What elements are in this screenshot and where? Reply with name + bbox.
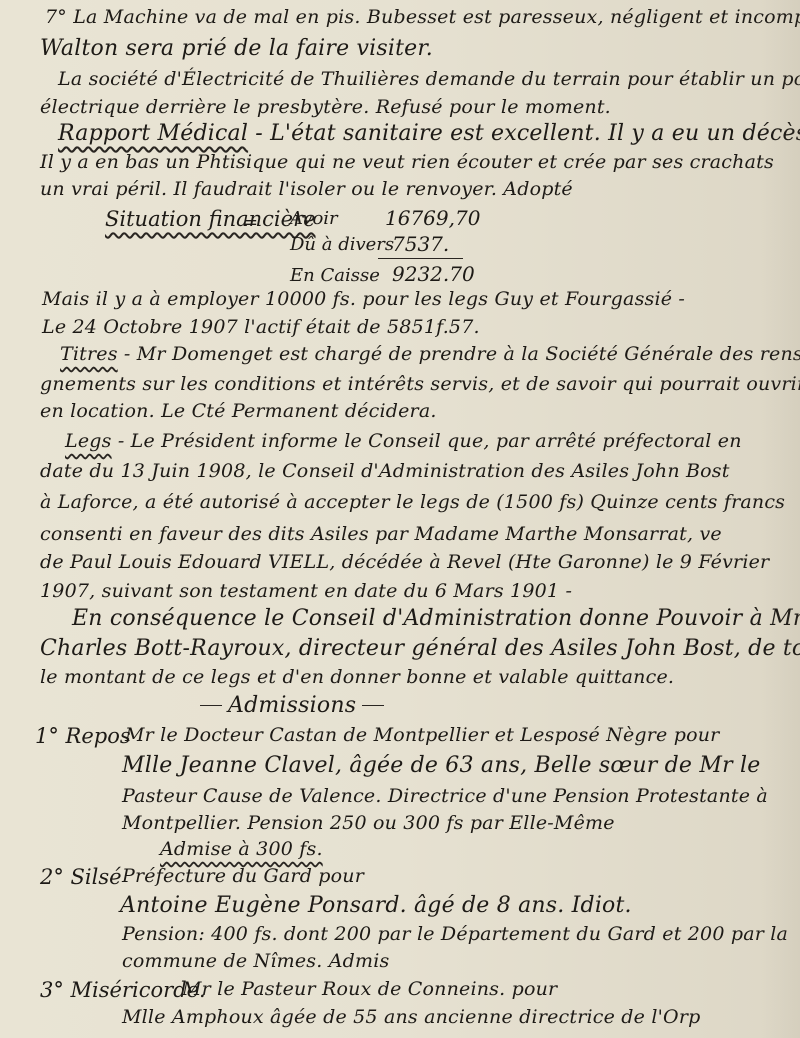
heading-deco-left bbox=[200, 705, 222, 706]
line-paul-louis: de Paul Louis Edouard VIELL, décédée à R… bbox=[40, 553, 769, 572]
line-montant: le montant de ce legs et d'en donner bon… bbox=[40, 668, 674, 687]
admission-line: Montpellier. Pension 250 ou 300 fs par E… bbox=[122, 814, 615, 833]
fin-label-du-divers: Dû à divers bbox=[290, 234, 394, 255]
line-rapport-medical: Rapport Médical - L'état sanitaire est e… bbox=[58, 123, 800, 145]
line-legs-president: Legs - Le Président informe le Conseil q… bbox=[65, 432, 742, 451]
titres-text: - Mr Domenget est chargé de prendre à la… bbox=[118, 343, 800, 365]
admission-margin-repos: 1° Repos bbox=[35, 724, 131, 748]
fin-value-avoir: 16769,70 bbox=[385, 206, 480, 230]
admissions-heading: Admissions bbox=[200, 695, 384, 717]
admissions-title: Admissions bbox=[228, 693, 356, 718]
line-legs-guy: Mais il y a à employer 10000 fs. pour le… bbox=[42, 290, 685, 309]
fin-value-du-divers: 7537. bbox=[392, 232, 449, 256]
heading-legs: Legs bbox=[65, 430, 112, 452]
line-laforce: à Laforce, a été autorisé à accepter le … bbox=[40, 493, 785, 512]
admission-line: Mr le Pasteur Roux de Conneins. pour bbox=[182, 980, 557, 999]
admission-line: Mr le Docteur Castan de Montpellier et L… bbox=[125, 726, 719, 745]
line-charles-bott: Charles Bott-Rayroux, directeur général … bbox=[40, 638, 800, 660]
line-consenti: consenti en faveur des dits Asiles par M… bbox=[40, 525, 722, 544]
line-actif-octobre: Le 24 Octobre 1907 l'actif était de 5851… bbox=[42, 318, 480, 337]
admission-line: Préfecture du Gard pour bbox=[122, 867, 364, 886]
admission-line: commune de Nîmes. Admis bbox=[122, 952, 389, 971]
sum-rule bbox=[378, 258, 463, 259]
financial-heading: Situation financière bbox=[105, 207, 316, 231]
fin-value-en-caisse: 9232.70 bbox=[392, 262, 475, 286]
line-location: en location. Le Cté Permanent décidera. bbox=[40, 402, 437, 421]
line-machine: 7° La Machine va de mal en pis. Bubesset… bbox=[45, 8, 800, 27]
line-peril: un vrai péril. Il faudrait l'isoler ou l… bbox=[40, 180, 573, 199]
legs-text: - Le Président informe le Conseil que, p… bbox=[112, 430, 742, 452]
admission-line: Antoine Eugène Ponsard. âgé de 8 ans. Id… bbox=[120, 895, 632, 917]
admission-line: Pasteur Cause de Valence. Directrice d'u… bbox=[122, 787, 768, 806]
heading-deco-right bbox=[362, 705, 384, 706]
admission-line: Pension: 400 fs. dont 200 par le Départe… bbox=[122, 925, 788, 944]
line-refuse: électrique derrière le presbytère. Refus… bbox=[40, 98, 611, 117]
admission-line: Mlle Jeanne Clavel, âgée de 63 ans, Bell… bbox=[122, 755, 760, 777]
admission-margin-silse: 2° Silsé bbox=[40, 865, 122, 889]
line-titres: Titres - Mr Domenget est chargé de prend… bbox=[60, 345, 800, 364]
heading-rapport-medical: Rapport Médical bbox=[58, 121, 248, 146]
fin-label-avoir: Avoir bbox=[290, 208, 338, 229]
rapport-medical-text: - L'état sanitaire est excellent. Il y a… bbox=[248, 121, 800, 146]
admission-margin-misericorde: 3° Miséricorde. bbox=[40, 978, 206, 1002]
manuscript-page: 7° La Machine va de mal en pis. Bubesset… bbox=[0, 0, 800, 1038]
heading-titres: Titres bbox=[60, 343, 118, 365]
fin-label-en-caisse: En Caisse bbox=[290, 265, 380, 286]
line-renseignements: gnements sur les conditions et intérêts … bbox=[40, 375, 800, 394]
line-societe-electricite: La société d'Électricité de Thuilières d… bbox=[58, 70, 800, 89]
admission-line: Mlle Amphoux âgée de 55 ans ancienne dir… bbox=[122, 1008, 700, 1027]
line-consequence: En conséquence le Conseil d'Administrati… bbox=[72, 608, 800, 630]
line-walton: Walton sera prié de la faire visiter. bbox=[40, 38, 433, 60]
line-date-juin: date du 13 Juin 1908, le Conseil d'Admin… bbox=[40, 462, 730, 481]
financial-equals: = bbox=[243, 212, 258, 233]
line-phtisique: Il y a en bas un Phtisique qui ne veut r… bbox=[40, 153, 774, 172]
page-edge-shadow bbox=[760, 0, 800, 1038]
admission-decision: Admise à 300 fs. bbox=[160, 840, 323, 859]
line-testament: 1907, suivant son testament en date du 6… bbox=[40, 582, 572, 601]
